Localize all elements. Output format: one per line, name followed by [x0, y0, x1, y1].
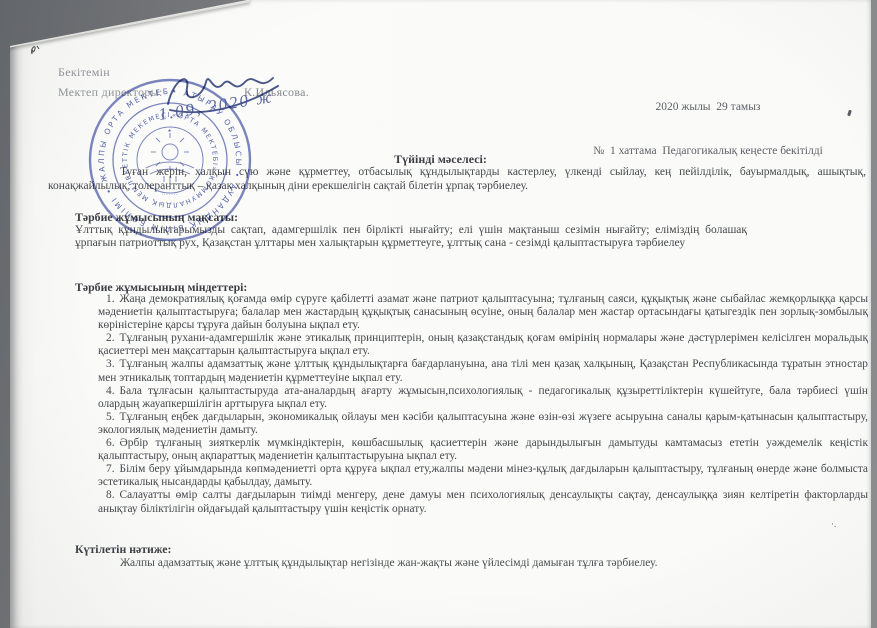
task-number: 4. — [106, 385, 120, 397]
task-item: 8.Салауатты өмір салты дағдыларын тиімді… — [98, 489, 868, 515]
task-number: 7. — [106, 463, 120, 475]
result-heading: Күтілетін нәтиже: — [75, 542, 171, 557]
scan-speck: ·. — [831, 523, 836, 526]
scanned-page: Бекітемін Мектеп директоры: К.Ильясова. … — [10, 0, 871, 628]
task-item: 7.Білім беру ұйымдарында көпмәдениетті о… — [98, 463, 868, 489]
task-text: Әрбір тұлғаның зияткерлік мүмкіндіктерін… — [98, 437, 868, 462]
task-number: 8. — [106, 489, 120, 501]
task-text: Жаңа демократиялық қоғамда өмір сүруге қ… — [98, 293, 868, 331]
stamp-emblem-icon — [146, 133, 194, 184]
task-number: 5. — [106, 411, 120, 423]
result-paragraph: Жалпы адамзаттық және ұлттық құндылықтар… — [120, 557, 866, 570]
task-text: Тұлғаның рухани-адамгершілік және этикал… — [98, 332, 868, 357]
task-item: 4.Бала тұлғасын қалыптастыруда ата-анала… — [98, 385, 868, 411]
task-number: 3. — [106, 358, 120, 370]
task-text: Салауатты өмір салты дағдыларын тиімді м… — [98, 489, 868, 514]
task-text: Тұлғаның жалпы адамзаттық және ұлттық құ… — [98, 358, 868, 383]
task-text: Білім беру ұйымдарында көпмәдениетті орт… — [98, 463, 868, 488]
task-item: 3.Тұлғаның жалпы адамзаттық және ұлттық … — [98, 358, 868, 384]
task-text: Тұлғаның еңбек дағдыларын, экономикалық … — [98, 411, 868, 436]
task-text: Бала тұлғасын қалыптастыруда ата-аналард… — [98, 385, 868, 410]
task-item: 5.Тұлғаның еңбек дағдыларын, экономикалы… — [98, 411, 868, 437]
task-number: 1. — [106, 293, 120, 305]
stamp-star-icon: ★ — [167, 128, 172, 134]
pen-mark-icon — [26, 40, 44, 58]
task-item: 6.Әрбір тұлғаның зияткерлік мүмкіндіктер… — [98, 437, 868, 463]
task-item: 2.Тұлғаның рухани-адамгершілік және этик… — [98, 332, 868, 358]
task-number: 6. — [106, 437, 120, 449]
task-number: 2. — [106, 332, 120, 344]
stamp-dots-row: ······· — [161, 193, 178, 198]
protocol-date: 2020 жылы 29 тамыз — [540, 100, 876, 115]
tasks-list: 1.Жаңа демократиялық қоғамда өмір сүруге… — [98, 293, 868, 516]
scan-viewport: { "document": { "approval": { "approve_l… — [0, 0, 877, 628]
task-item: 1.Жаңа демократиялық қоғамда өмір сүруге… — [98, 293, 868, 332]
